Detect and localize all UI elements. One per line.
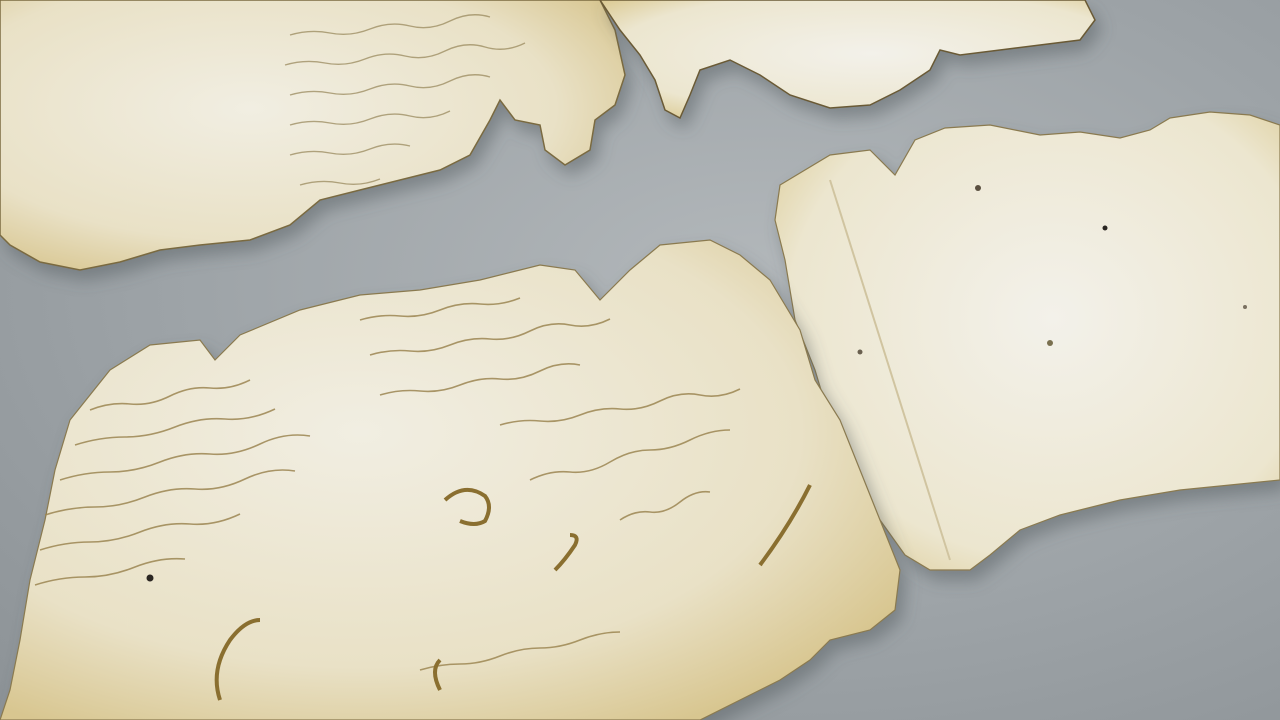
fragment-top-right <box>600 0 1095 118</box>
manuscript-fragments-illustration <box>0 0 1280 720</box>
manuscript-photo: Fragments of old handwritten parchment m… <box>0 0 1280 720</box>
fragment-bottom-left <box>0 240 900 720</box>
fragment-top-left <box>0 0 625 270</box>
